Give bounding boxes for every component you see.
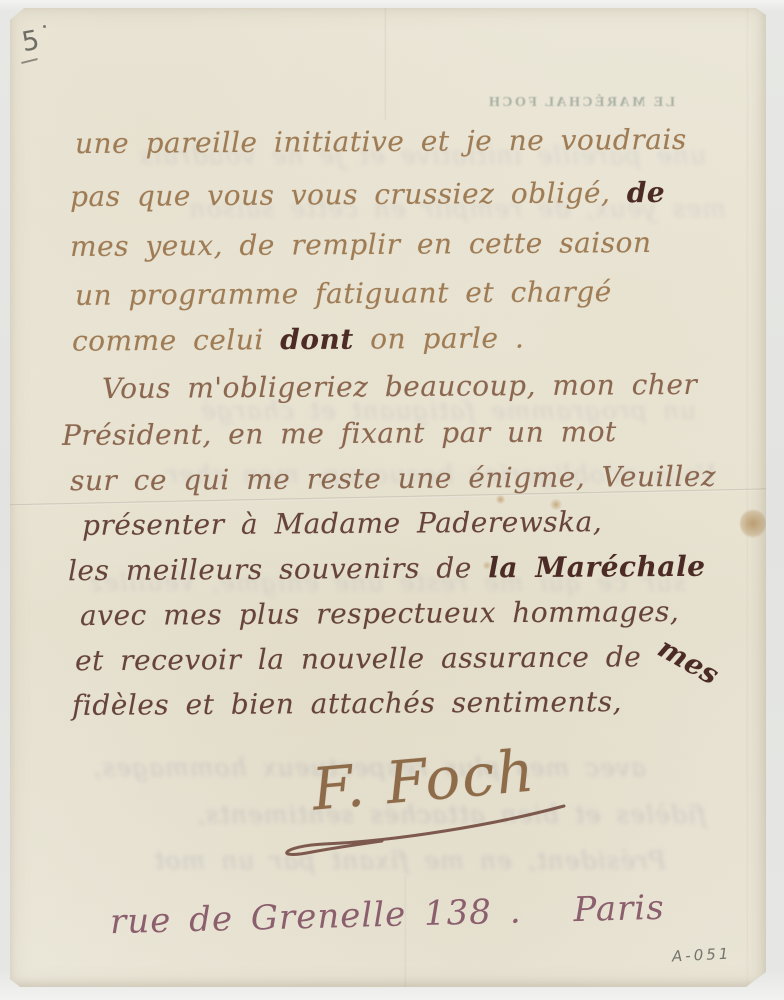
handwritten-line: Vous m'obligeriez beaucoup, mon cher: [102, 368, 698, 405]
line-text: Vous m'obligeriez beaucoup, mon cher: [102, 368, 698, 405]
ink-stain: [495, 495, 506, 504]
signature-flourish: [258, 796, 570, 866]
handwritten-line: mes yeux, de remplir en cette saison: [70, 226, 652, 263]
line-text: mes yeux, de remplir en cette saison: [70, 226, 652, 263]
handwritten-line: comme celui dont on parle .: [72, 321, 525, 357]
line-text-dark: dont: [280, 323, 354, 357]
catalog-code-annotation: A-051: [672, 944, 732, 965]
line-text: comme celui: [72, 323, 280, 357]
line-text: pas que vous vous crussiez obligé,: [70, 176, 627, 213]
handwritten-line: sur ce qui me reste une énigme, Veuillez: [70, 460, 716, 498]
letterhead-bleedthrough: LE MARÉCHAL FOCH: [465, 95, 675, 111]
line-text: Président, en me fixant par un mot: [62, 415, 617, 452]
line-text: et recevoir la nouvelle assurance de: [75, 640, 658, 677]
handwritten-line: pas que vous vous crussiez obligé, de: [70, 176, 665, 213]
line-text: on parle .: [354, 321, 525, 355]
ink-stain: [740, 508, 766, 539]
handwritten-line: fidèles et bien attachés sentiments,: [72, 685, 622, 722]
handwritten-line: avec mes plus respectueux hommages,: [80, 595, 679, 632]
handwritten-line: un programme fatiguant et chargé: [75, 275, 612, 312]
line-text: fidèles et bien attachés sentiments,: [72, 685, 622, 722]
address-line: rue de Grenelle 138 .Paris: [110, 888, 666, 943]
line-text: avec mes plus respectueux hommages,: [80, 595, 679, 632]
address-street: rue de Grenelle 138 .: [110, 891, 522, 942]
handwritten-line: et recevoir la nouvelle assurance de mes: [75, 640, 723, 678]
handwritten-line: une pareille initiative et je ne voudrai…: [75, 123, 687, 160]
line-text: présenter à Madame Paderewska,: [82, 505, 602, 542]
fold-crease-vertical-top: [385, 8, 387, 120]
line-text: un programme fatiguant et chargé: [75, 275, 612, 312]
handwritten-line: Président, en me fixant par un mot: [62, 415, 617, 452]
line-text-dark: la Maréchale: [488, 550, 705, 585]
page-number-dot: [43, 25, 46, 28]
handwritten-line: les meilleurs souvenirs de la Maréchale: [68, 550, 706, 587]
fold-crease-vertical-right: [747, 8, 749, 987]
page-number-annotation: 5: [19, 25, 41, 59]
address-city: Paris: [573, 888, 665, 930]
line-text-dark: de: [627, 176, 666, 209]
line-text: les meilleurs souvenirs de: [68, 551, 488, 587]
page-number-underline: [21, 58, 38, 64]
handwritten-line: présenter à Madame Paderewska,: [82, 505, 602, 542]
line-text-dark: mes: [652, 631, 725, 692]
line-text: une pareille initiative et je ne voudrai…: [75, 123, 687, 160]
line-text: sur ce qui me reste une énigme, Veuillez: [70, 460, 716, 498]
letter-page: une pareille initiative et je ne voudrai…: [10, 8, 766, 987]
